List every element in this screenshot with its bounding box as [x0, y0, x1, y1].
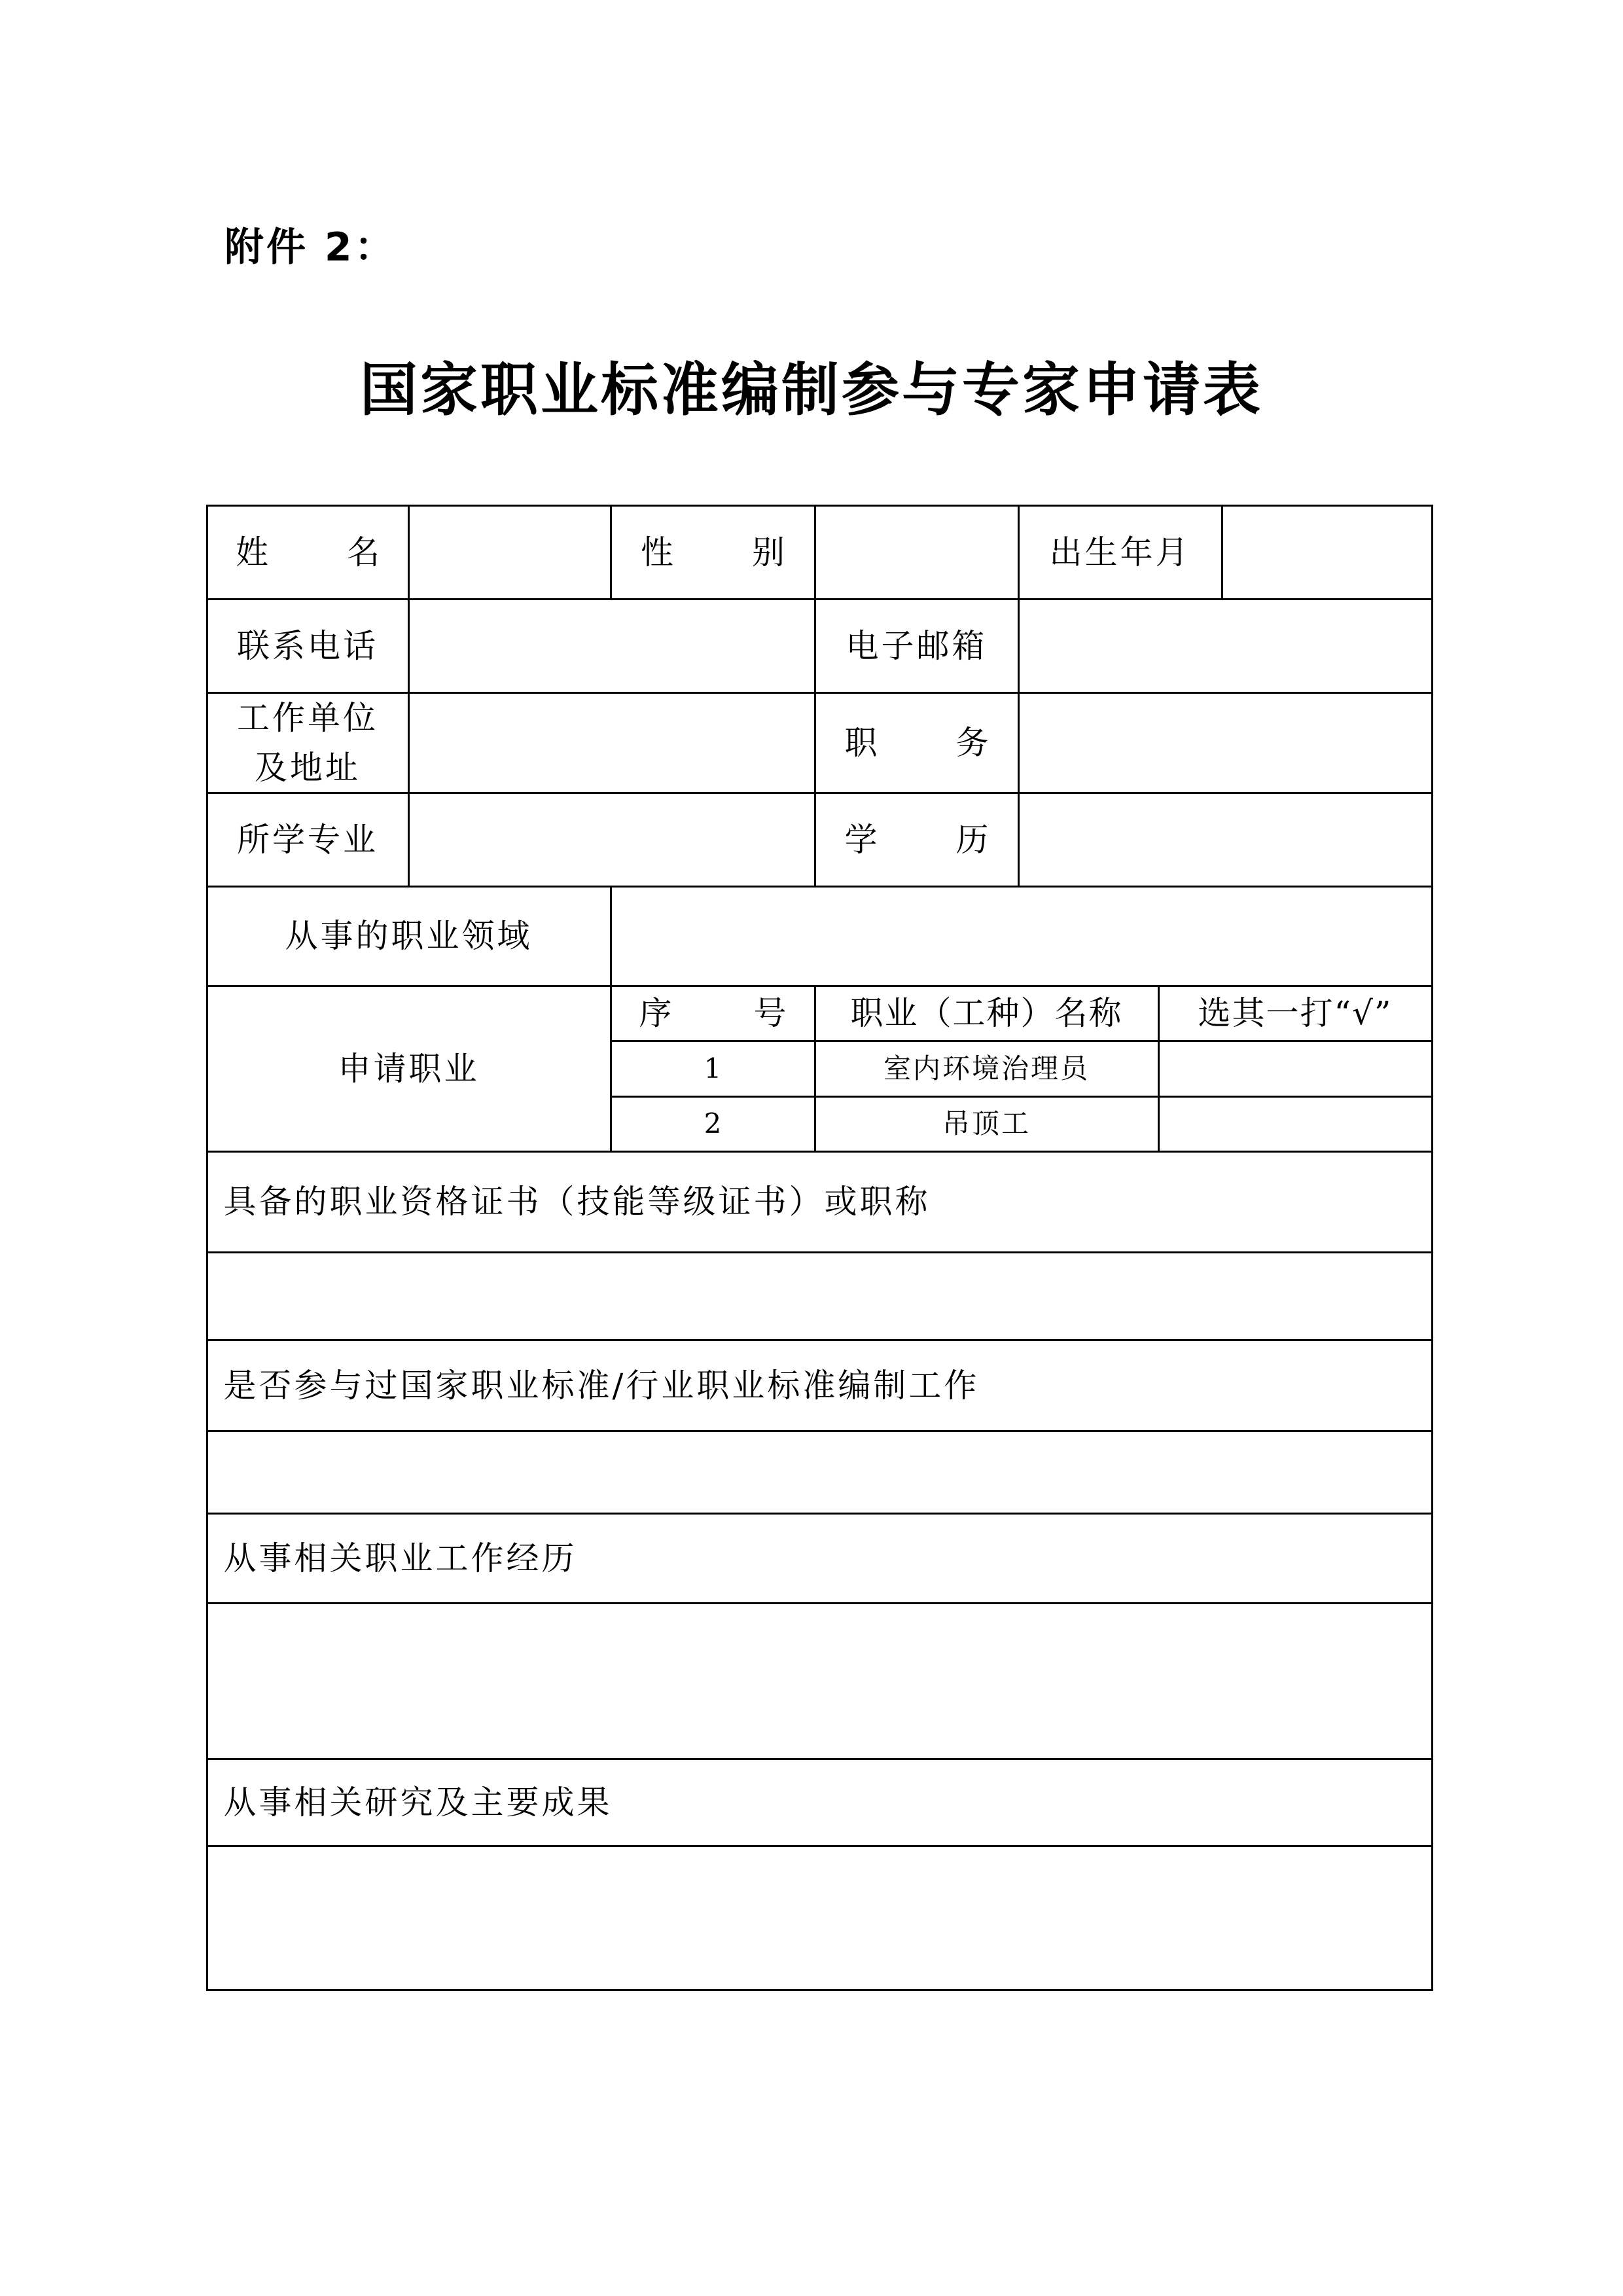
attachment-label: 附件 2：	[224, 221, 397, 274]
position-label: 职务	[814, 692, 1020, 794]
standards-participation-heading: 是否参与过国家职业标准/行业职业标准编制工作	[206, 1339, 1433, 1432]
occupation-row-1-seq: 1	[610, 1040, 816, 1098]
occupation-name-header: 职业（工种）名称	[814, 985, 1160, 1042]
standards-participation-field[interactable]	[206, 1430, 1433, 1515]
field-field[interactable]	[610, 886, 1433, 987]
occupation-row-2-name: 吊顶工	[814, 1096, 1160, 1153]
gender-label: 性别	[610, 505, 816, 600]
occupation-seq-header: 序号	[610, 985, 816, 1042]
birth-label: 出生年月	[1018, 505, 1223, 600]
email-field[interactable]	[1018, 598, 1433, 694]
education-field[interactable]	[1018, 792, 1433, 888]
page-title: 国家职业标准编制参与专家申请表	[0, 353, 1623, 425]
work-experience-field[interactable]	[206, 1602, 1433, 1760]
field-label: 从事的职业领域	[206, 886, 612, 987]
phone-field[interactable]	[408, 598, 816, 694]
phone-label: 联系电话	[206, 598, 410, 694]
gender-field[interactable]	[814, 505, 1020, 600]
birth-field[interactable]	[1221, 505, 1433, 600]
occupation-row-1-select-checkbox[interactable]	[1158, 1040, 1433, 1098]
certificates-heading: 具备的职业资格证书（技能等级证书）或职称	[206, 1151, 1433, 1253]
work-experience-heading: 从事相关职业工作经历	[206, 1513, 1433, 1604]
employer-field[interactable]	[408, 692, 816, 794]
research-achievements-heading: 从事相关研究及主要成果	[206, 1758, 1433, 1847]
occupation-row-2-seq: 2	[610, 1096, 816, 1153]
major-field[interactable]	[408, 792, 816, 888]
certificates-field[interactable]	[206, 1251, 1433, 1341]
occupation-label: 申请职业	[206, 985, 612, 1153]
email-label: 电子邮箱	[814, 598, 1020, 694]
occupation-row-2-select-checkbox[interactable]	[1158, 1096, 1433, 1153]
name-label: 姓名	[206, 505, 410, 600]
position-field[interactable]	[1018, 692, 1433, 794]
major-label: 所学专业	[206, 792, 410, 888]
occupation-select-header: 选其一打“√”	[1158, 985, 1433, 1042]
research-achievements-field[interactable]	[206, 1845, 1433, 1991]
name-field[interactable]	[408, 505, 612, 600]
education-label: 学历	[814, 792, 1020, 888]
employer-label: 工作单位 及地址	[206, 692, 410, 794]
occupation-row-1-name: 室内环境治理员	[814, 1040, 1160, 1098]
